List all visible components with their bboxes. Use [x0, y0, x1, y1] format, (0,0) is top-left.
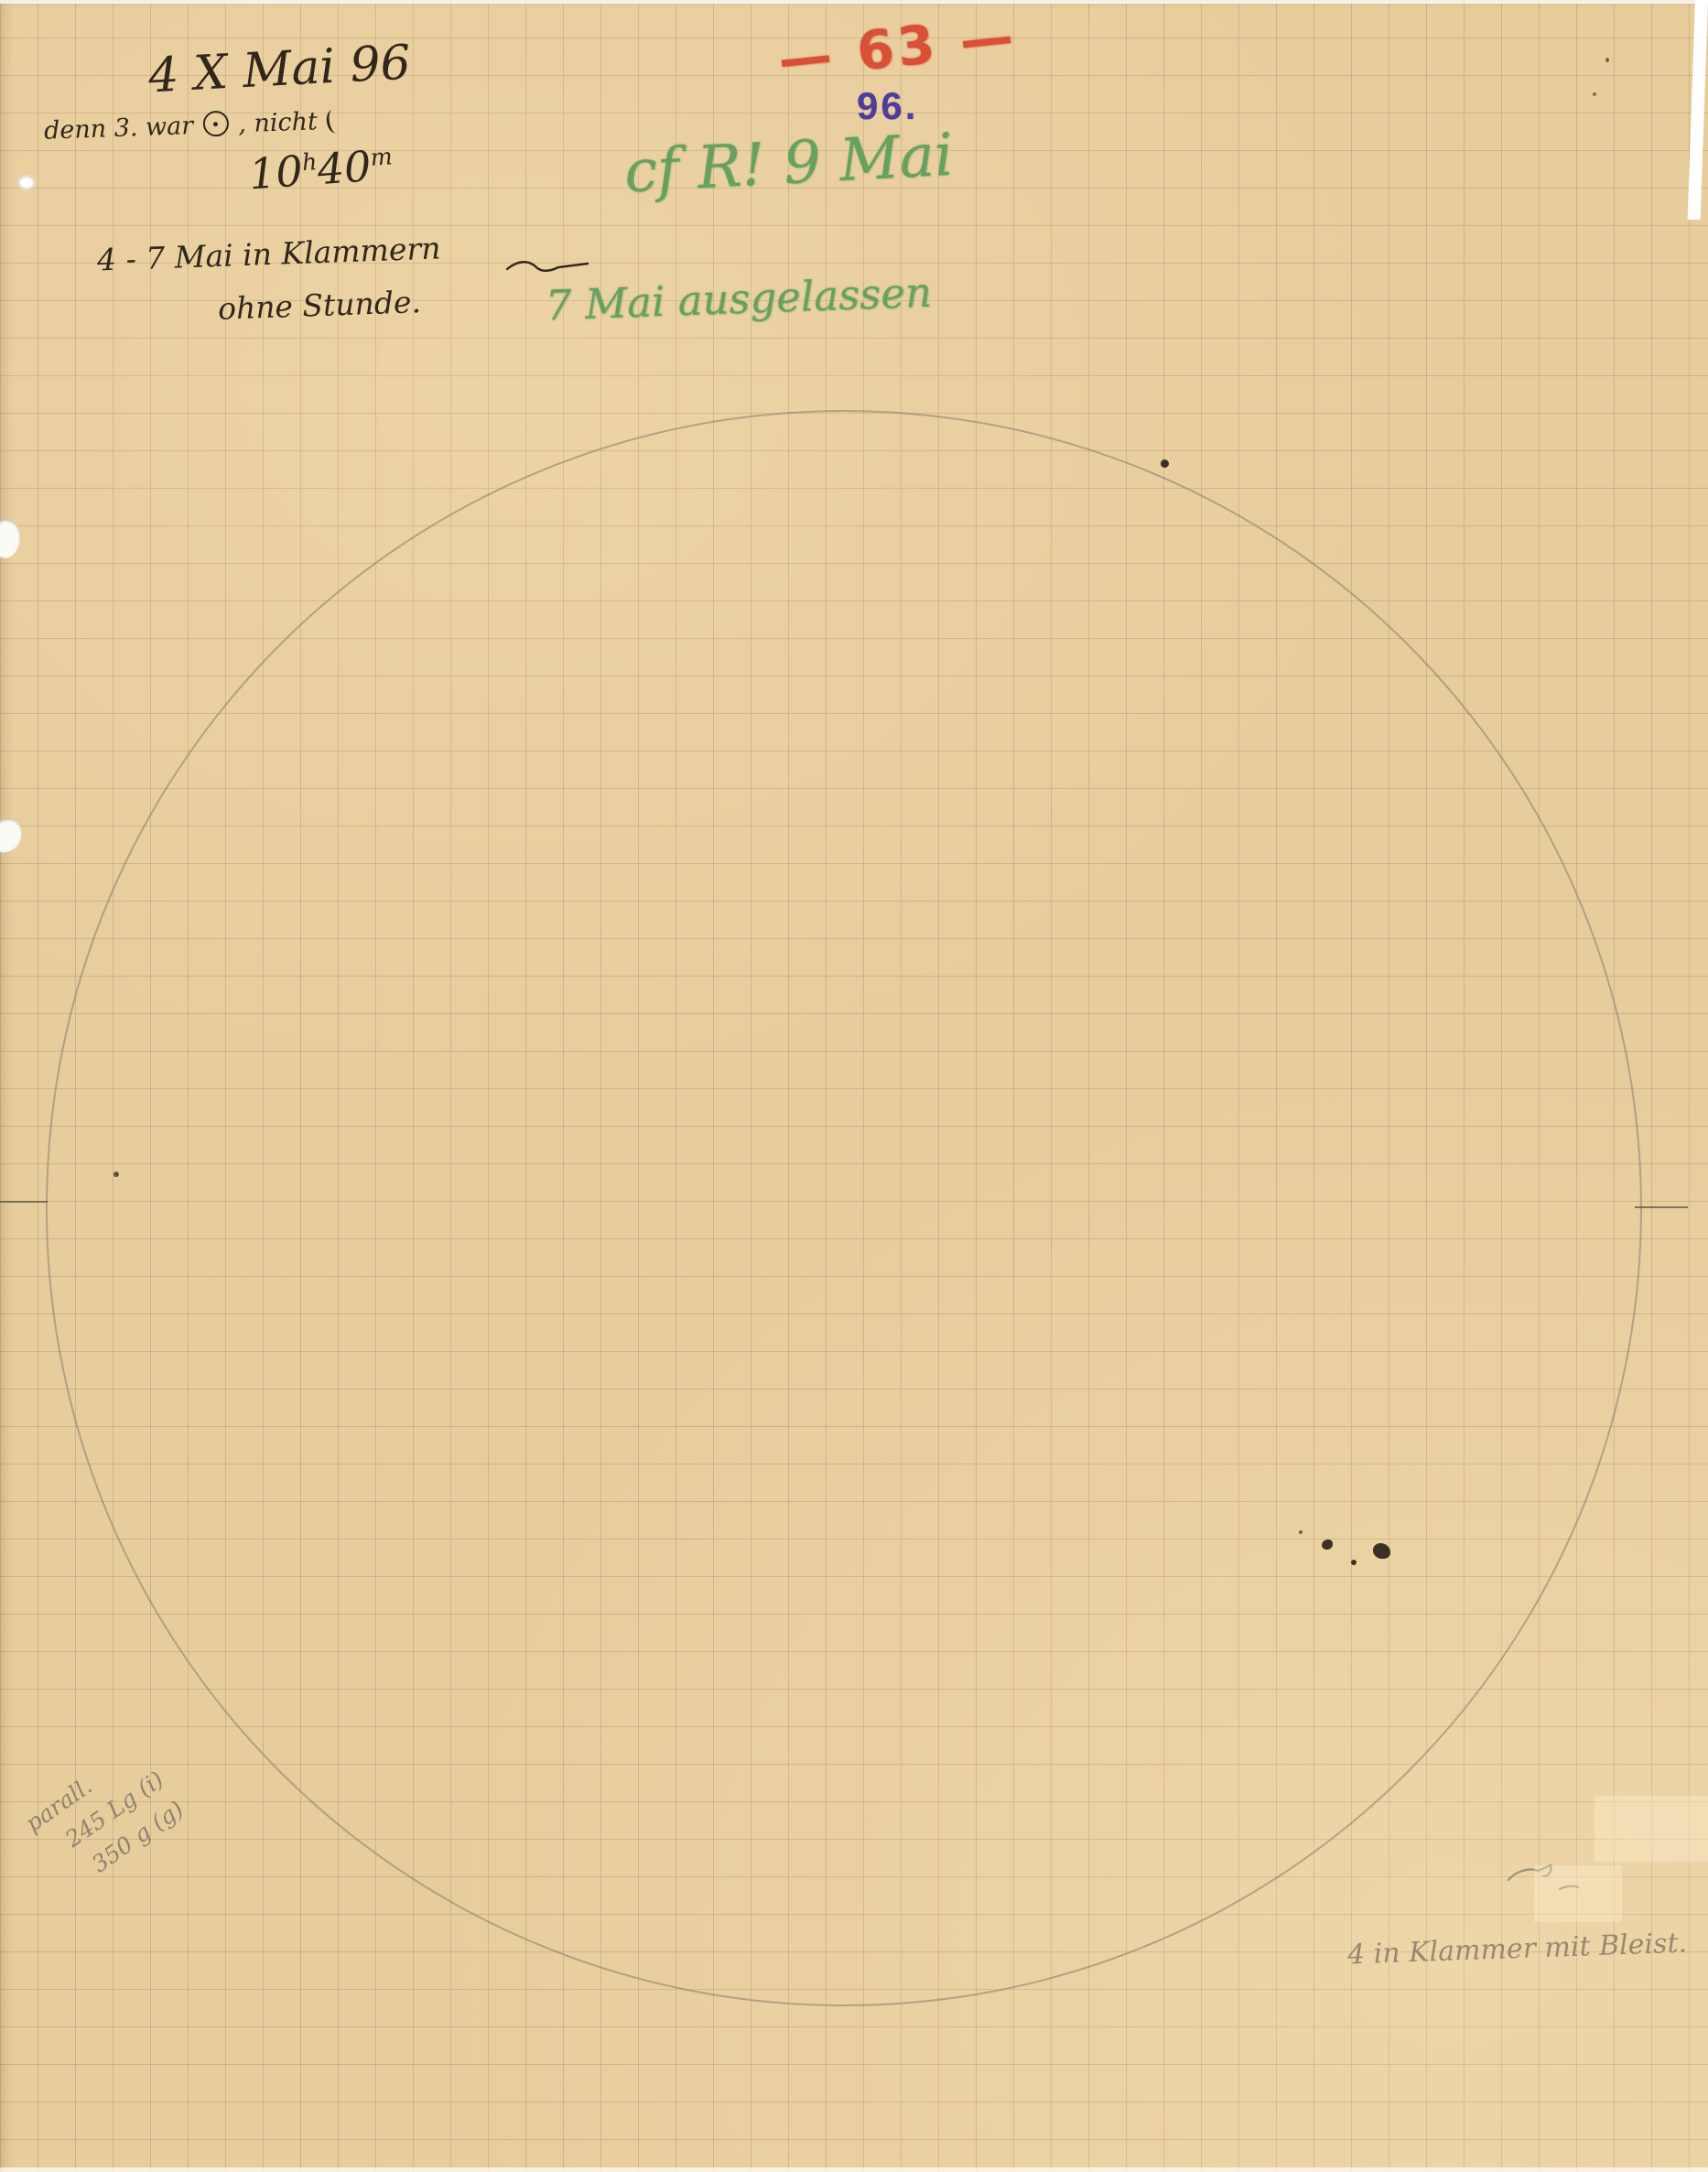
light-patch — [1534, 1865, 1622, 1922]
paper-tear — [0, 517, 25, 561]
right-horizontal-tick — [1635, 1206, 1688, 1208]
scan-edge — [0, 2167, 1708, 2172]
green-referee-note: cf R! 9 Mai — [622, 122, 955, 207]
paper-tear — [0, 816, 25, 854]
time-minutes-unit: m — [370, 143, 394, 171]
scan-edge — [0, 0, 1708, 4]
ink-speck — [1351, 1560, 1357, 1565]
left-horizontal-tick — [0, 1201, 48, 1203]
bracket-note-line1: 4 - 7 Mai in Klammern — [96, 230, 441, 277]
ink-speck — [1593, 92, 1596, 96]
time-hours: 10 — [247, 146, 304, 199]
ink-speck — [114, 1172, 119, 1177]
punch-hole — [18, 176, 35, 189]
year-stamp: 96. — [857, 84, 918, 128]
time-minutes: 40 — [316, 141, 373, 194]
ink-speck — [1373, 1543, 1390, 1559]
weekday-note-text-2: , nicht — [238, 107, 319, 138]
weekday-note-text-1: denn 3. war — [44, 112, 194, 146]
time-hours-unit: h — [301, 148, 318, 176]
light-patch — [1594, 1796, 1708, 1862]
green-omitted-note: 7 Mai ausgelassen — [545, 268, 932, 330]
scan-edge — [1688, 0, 1708, 220]
observation-time: 10h40m — [247, 140, 395, 200]
red-page-number: — 63 — — [775, 5, 1020, 92]
moon-icon — [325, 108, 344, 135]
observation-sheet: 4 X Mai 96 denn 3. war , nicht 10h40m 4 … — [0, 0, 1708, 2172]
ink-speck — [1299, 1530, 1303, 1534]
bracket-note-line2: ohne Stunde. — [217, 284, 421, 327]
ink-speck — [1605, 58, 1609, 62]
observation-date: 4 X Mai 96 — [147, 36, 412, 104]
pencil-bracket-note: 4 in Klammer mit Bleist. — [1347, 1928, 1688, 1972]
sun-icon — [202, 111, 229, 137]
ink-flourish — [505, 256, 589, 276]
solar-disk-circle — [46, 410, 1642, 2006]
ink-speck — [1161, 459, 1169, 468]
pencil-calc-note: parall. 245 Lg (i) 350 g (g) — [18, 1734, 191, 1899]
weekday-note: denn 3. war , nicht — [44, 106, 345, 145]
